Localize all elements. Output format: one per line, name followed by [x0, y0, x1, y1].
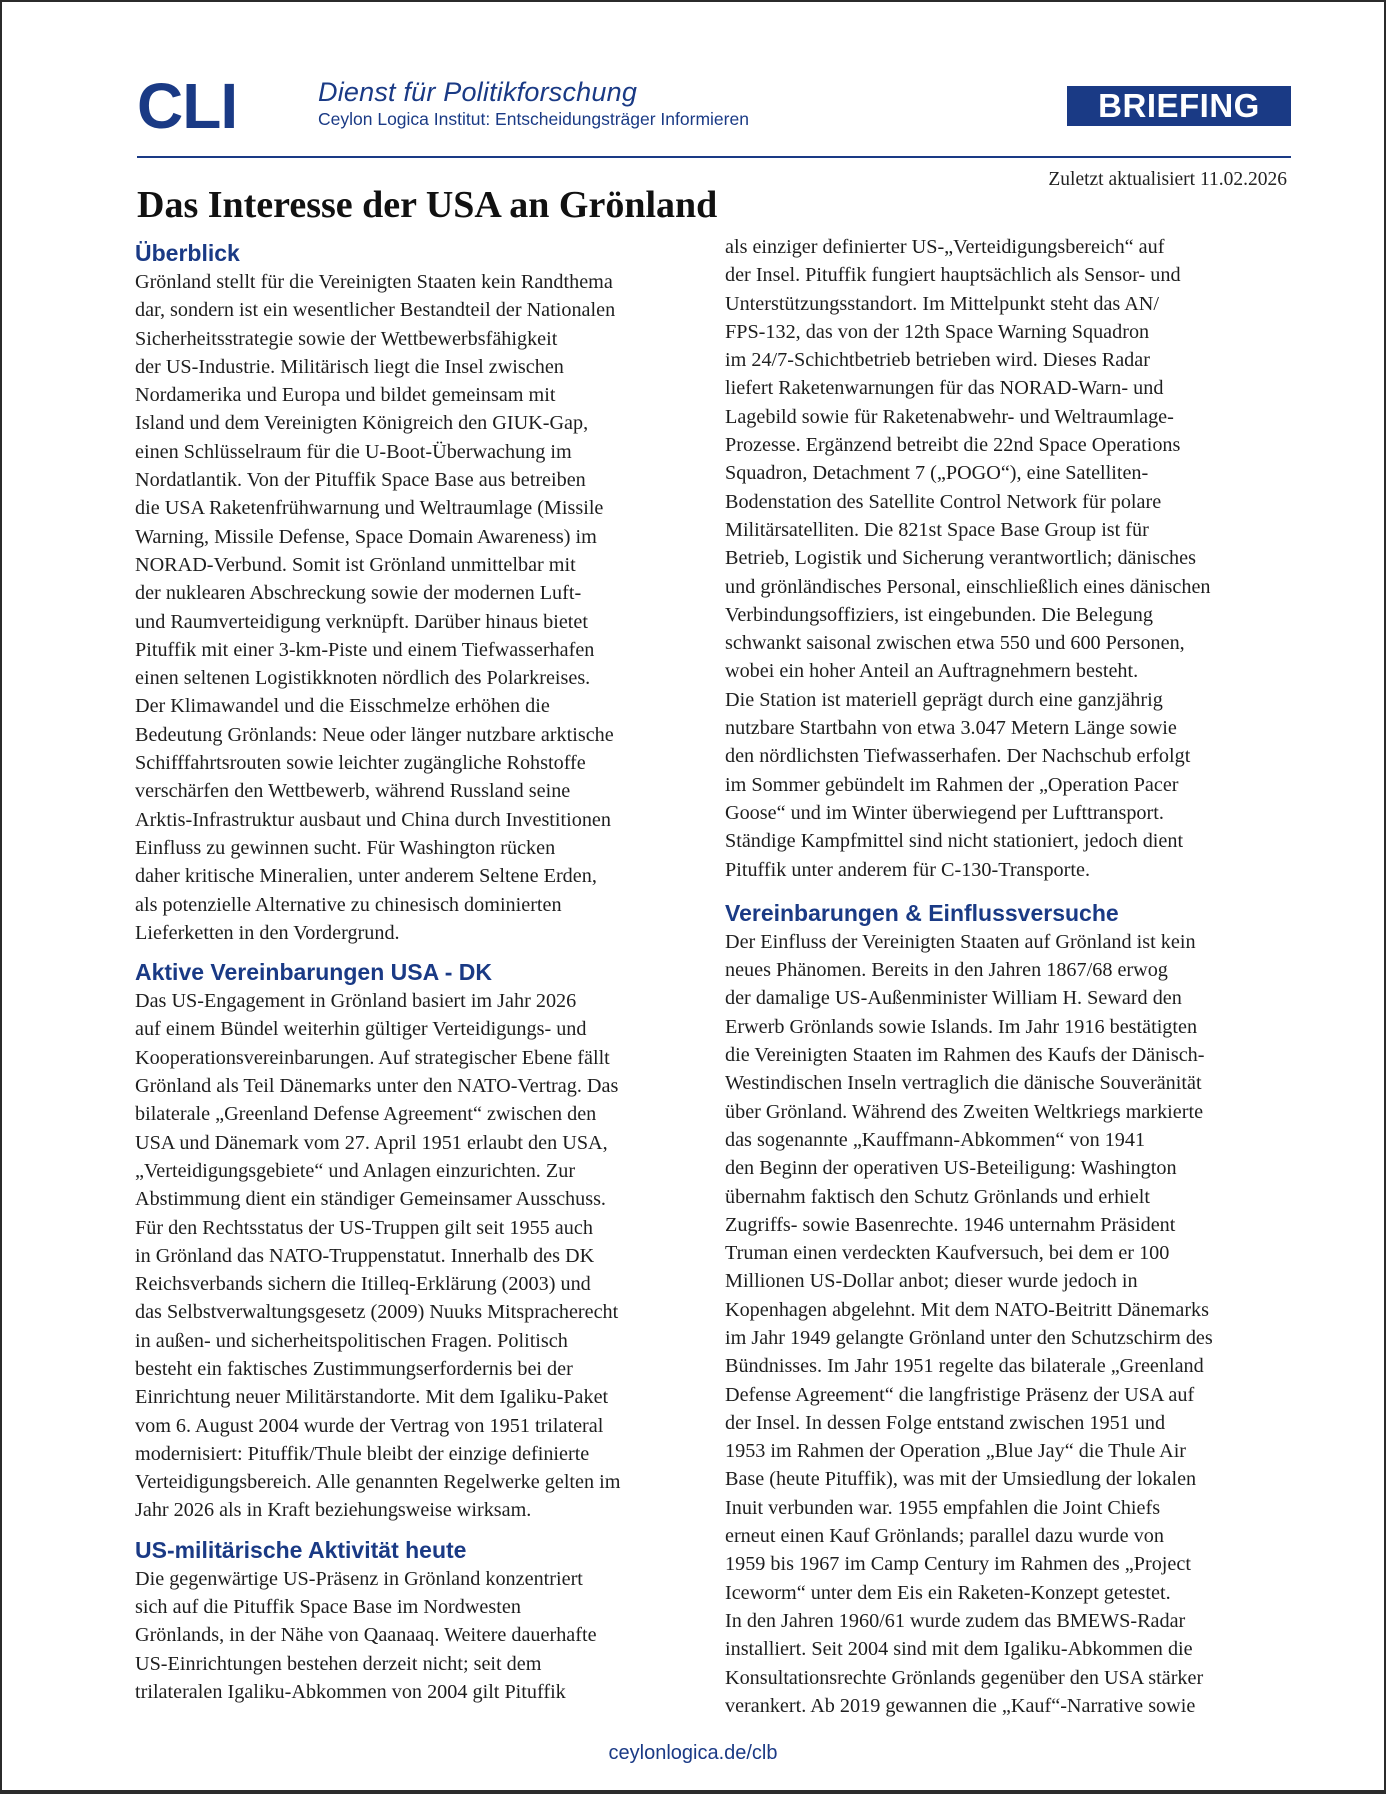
text-line: Inuit verbunden war. 1955 empfahlen die … — [725, 1494, 1285, 1522]
text-line: Unterstützungsstandort. Im Mittelpunkt s… — [725, 290, 1285, 318]
footer-website-link[interactable]: ceylonlogica.de/clb — [609, 1742, 778, 1764]
text-line: Zugriffs- sowie Basenrechte. 1946 untern… — [725, 1211, 1285, 1239]
text-line: einen Schlüsselraum für die U-Boot-Überw… — [135, 438, 695, 466]
text-line: Pituffik unter anderem für C-130-Transpo… — [725, 856, 1285, 884]
text-line: und grönländisches Personal, einschließl… — [725, 573, 1285, 601]
text-line: dar, sondern ist ein wesentlicher Bestan… — [135, 296, 695, 324]
text-line: Iceworm“ unter dem Eis ein Raketen-Konze… — [725, 1579, 1285, 1607]
text-line: schwankt saisonal zwischen etwa 550 und … — [725, 629, 1285, 657]
text-line: Millionen US-Dollar anbot; dieser wurde … — [725, 1267, 1285, 1295]
text-line: Truman einen verdeckten Kaufversuch, bei… — [725, 1239, 1285, 1267]
text-line: und Raumverteidigung verknüpft. Darüber … — [135, 608, 695, 636]
text-line: Kopenhagen abgelehnt. Mit dem NATO-Beitr… — [725, 1296, 1285, 1324]
text-line: Grönlands, in der Nähe von Qaanaaq. Weit… — [135, 1621, 695, 1649]
text-line: Lagebild sowie für Raketenabwehr- und We… — [725, 403, 1285, 431]
text-line: Island und dem Vereinigten Königreich de… — [135, 409, 695, 437]
text-line: Der Klimawandel und die Eisschmelze erhö… — [135, 692, 695, 720]
section-body: Das US-Engagement in Grönland basiert im… — [135, 987, 695, 1525]
text-line: als einziger definierter US-„Verteidigun… — [725, 233, 1285, 261]
text-line: die Vereinigten Staaten im Rahmen des Ka… — [725, 1041, 1285, 1069]
text-line: den Beginn der operativen US-Beteiligung… — [725, 1154, 1285, 1182]
section-body: Die gegenwärtige US-Präsenz in Grönland … — [135, 1565, 695, 1706]
text-line: der nuklearen Abschreckung sowie der mod… — [135, 579, 695, 607]
text-line: Goose“ und im Winter überwiegend per Luf… — [725, 799, 1285, 827]
text-line: Kooperationsvereinbarungen. Auf strategi… — [135, 1044, 695, 1072]
text-line: Prozesse. Ergänzend betreibt die 22nd Sp… — [725, 431, 1285, 459]
text-line: einen seltenen Logistikknoten nördlich d… — [135, 664, 695, 692]
text-line: Schifffahrtsrouten sowie leichter zugäng… — [135, 749, 695, 777]
text-line: wobei ein hoher Anteil an Auftragnehmern… — [725, 657, 1285, 685]
header-branding: Dienst für Politikforschung Ceylon Logic… — [318, 76, 749, 130]
text-line: modernisiert: Pituffik/Thule bleibt der … — [135, 1440, 695, 1468]
text-line: Für den Rechtsstatus der US-Truppen gilt… — [135, 1214, 695, 1242]
cli-logo: CLI — [137, 74, 237, 138]
text-line: bilaterale „Greenland Defense Agreement“… — [135, 1100, 695, 1128]
section-body: als einziger definierter US-„Verteidigun… — [725, 233, 1285, 884]
text-line: in Grönland das NATO-Truppenstatut. Inne… — [135, 1242, 695, 1270]
text-line: Defense Agreement“ die langfristige Präs… — [725, 1381, 1285, 1409]
text-line: Konsultationsrechte Grönlands gegenüber … — [725, 1664, 1285, 1692]
section-us-militaerische-aktivitaet: US-militärische Aktivität heute Die gege… — [135, 1535, 695, 1706]
footer: ceylonlogica.de/clb — [2, 1742, 1384, 1765]
section-heading: Überblick — [135, 238, 695, 268]
text-line: die USA Raketenfrühwarnung und Weltrauml… — [135, 494, 695, 522]
text-line: Warning, Missile Defense, Space Domain A… — [135, 523, 695, 551]
text-line: 1959 bis 1967 im Camp Century im Rahmen … — [725, 1550, 1285, 1578]
section-heading: Aktive Vereinbarungen USA - DK — [135, 957, 695, 987]
text-line: liefert Raketenwarnungen für das NORAD-W… — [725, 374, 1285, 402]
text-line: Die gegenwärtige US-Präsenz in Grönland … — [135, 1565, 695, 1593]
text-line: Grönland als Teil Dänemarks unter den NA… — [135, 1072, 695, 1100]
document-title: Das Interesse der USA an Grönland — [137, 182, 717, 228]
document-page: CLI Dienst für Politikforschung Ceylon L… — [2, 2, 1384, 1790]
text-line: Reichsverbands sichern die Itilleq-Erklä… — [135, 1270, 695, 1298]
left-column: Überblick Grönland stellt für die Verein… — [135, 238, 695, 1706]
text-line: daher kritische Mineralien, unter andere… — [135, 862, 695, 890]
text-line: Bodenstation des Satellite Control Netwo… — [725, 488, 1285, 516]
text-line: Arktis-Infrastruktur ausbaut und China d… — [135, 806, 695, 834]
text-line: Der Einfluss der Vereinigten Staaten auf… — [725, 928, 1285, 956]
text-line: den nördlichsten Tiefwasserhafen. Der Na… — [725, 742, 1285, 770]
text-line: Verteidigungsbereich. Alle genannten Reg… — [135, 1468, 695, 1496]
header-subtitle: Ceylon Logica Institut: Entscheidungsträ… — [318, 108, 749, 130]
text-line: das sogenannte „Kauffmann-Abkommen“ von … — [725, 1126, 1285, 1154]
text-line: der Insel. In dessen Folge entstand zwis… — [725, 1409, 1285, 1437]
text-line: Base (heute Pituffik), was mit der Umsie… — [725, 1465, 1285, 1493]
text-line: Das US-Engagement in Grönland basiert im… — [135, 987, 695, 1015]
text-line: Sicherheitsstrategie sowie der Wettbewer… — [135, 325, 695, 353]
text-line: Die Station ist materiell geprägt durch … — [725, 686, 1285, 714]
section-vereinbarungen-einflussversuche: Vereinbarungen & Einflussversuche Der Ei… — [725, 898, 1285, 1720]
text-line: US-Einrichtungen bestehen derzeit nicht;… — [135, 1650, 695, 1678]
text-line: erneut einen Kauf Grönlands; parallel da… — [725, 1522, 1285, 1550]
text-line: Verbindungsoffiziers, ist eingebunden. D… — [725, 601, 1285, 629]
text-line: Bündnisses. Im Jahr 1951 regelte das bil… — [725, 1352, 1285, 1380]
header-divider — [137, 156, 1291, 158]
section-heading: US-militärische Aktivität heute — [135, 1535, 695, 1565]
text-line: übernahm faktisch den Schutz Grönlands u… — [725, 1183, 1285, 1211]
section-body: Grönland stellt für die Vereinigten Staa… — [135, 268, 695, 947]
text-line: Ständige Kampfmittel sind nicht stationi… — [725, 827, 1285, 855]
section-ueberblick: Überblick Grönland stellt für die Verein… — [135, 238, 695, 947]
briefing-badge: BRIEFING — [1067, 86, 1291, 126]
text-line: Nordamerika und Europa und bildet gemein… — [135, 381, 695, 409]
right-column: als einziger definierter US-„Verteidigun… — [725, 233, 1285, 1720]
header-title: Dienst für Politikforschung — [318, 76, 749, 108]
text-line: USA und Dänemark vom 27. April 1951 erla… — [135, 1129, 695, 1157]
text-line: installiert. Seit 2004 sind mit dem Igal… — [725, 1635, 1285, 1663]
text-line: über Grönland. Während des Zweiten Weltk… — [725, 1098, 1285, 1126]
text-line: neues Phänomen. Bereits in den Jahren 18… — [725, 956, 1285, 984]
text-line: Nordatlantik. Von der Pituffik Space Bas… — [135, 466, 695, 494]
section-body: Der Einfluss der Vereinigten Staaten auf… — [725, 928, 1285, 1720]
text-line: Einfluss zu gewinnen sucht. Für Washingt… — [135, 834, 695, 862]
text-line: nutzbare Startbahn von etwa 3.047 Metern… — [725, 714, 1285, 742]
text-line: NORAD-Verbund. Somit ist Grönland unmitt… — [135, 551, 695, 579]
text-line: besteht ein faktisches Zustimmungserford… — [135, 1355, 695, 1383]
text-line: Jahr 2026 als in Kraft beziehungsweise w… — [135, 1496, 695, 1524]
text-line: Pituffik mit einer 3-km-Piste und einem … — [135, 636, 695, 664]
text-line: im Sommer gebündelt im Rahmen der „Opera… — [725, 771, 1285, 799]
text-line: sich auf die Pituffik Space Base im Nord… — [135, 1593, 695, 1621]
text-line: FPS-132, das von der 12th Space Warning … — [725, 318, 1285, 346]
section-us-militaerische-aktivitaet-continued: als einziger definierter US-„Verteidigun… — [725, 233, 1285, 884]
text-line: im 24/7-Schichtbetrieb betrieben wird. D… — [725, 346, 1285, 374]
text-line: Betrieb, Logistik und Sicherung verantwo… — [725, 544, 1285, 572]
text-line: der damalige US-Außenminister William H.… — [725, 984, 1285, 1012]
text-line: auf einem Bündel weiterhin gültiger Vert… — [135, 1015, 695, 1043]
last-updated-date: Zuletzt aktualisiert 11.02.2026 — [1048, 169, 1287, 191]
text-line: Bedeutung Grönlands: Neue oder länger nu… — [135, 721, 695, 749]
text-line: das Selbstverwaltungsgesetz (2009) Nuuks… — [135, 1298, 695, 1326]
section-aktive-vereinbarungen: Aktive Vereinbarungen USA - DK Das US-En… — [135, 957, 695, 1525]
text-line: vom 6. August 2004 wurde der Vertrag von… — [135, 1412, 695, 1440]
text-line: als potenzielle Alternative zu chinesisc… — [135, 891, 695, 919]
text-line: in außen- und sicherheitspolitischen Fra… — [135, 1327, 695, 1355]
text-line: 1953 im Rahmen der Operation „Blue Jay“ … — [725, 1437, 1285, 1465]
text-line: der US-Industrie. Militärisch liegt die … — [135, 353, 695, 381]
text-line: verankert. Ab 2019 gewannen die „Kauf“-N… — [725, 1692, 1285, 1720]
text-line: Squadron, Detachment 7 („POGO“), eine Sa… — [725, 459, 1285, 487]
text-line: Abstimmung dient ein ständiger Gemeinsam… — [135, 1185, 695, 1213]
text-line: Einrichtung neuer Militärstandorte. Mit … — [135, 1383, 695, 1411]
text-line: trilateralen Igaliku-Abkommen von 2004 g… — [135, 1678, 695, 1706]
text-line: der Insel. Pituffik fungiert hauptsächli… — [725, 261, 1285, 289]
text-line: Lieferketten in den Vordergrund. — [135, 919, 695, 947]
section-heading: Vereinbarungen & Einflussversuche — [725, 898, 1285, 928]
text-line: Westindischen Inseln vertraglich die dän… — [725, 1069, 1285, 1097]
text-line: im Jahr 1949 gelangte Grönland unter den… — [725, 1324, 1285, 1352]
text-line: In den Jahren 1960/61 wurde zudem das BM… — [725, 1607, 1285, 1635]
text-line: verschärfen den Wettbewerb, während Russ… — [135, 777, 695, 805]
text-line: „Verteidigungsgebiete“ und Anlagen einzu… — [135, 1157, 695, 1185]
text-line: Erwerb Grönlands sowie Islands. Im Jahr … — [725, 1013, 1285, 1041]
text-line: Militärsatelliten. Die 821st Space Base … — [725, 516, 1285, 544]
text-line: Grönland stellt für die Vereinigten Staa… — [135, 268, 695, 296]
